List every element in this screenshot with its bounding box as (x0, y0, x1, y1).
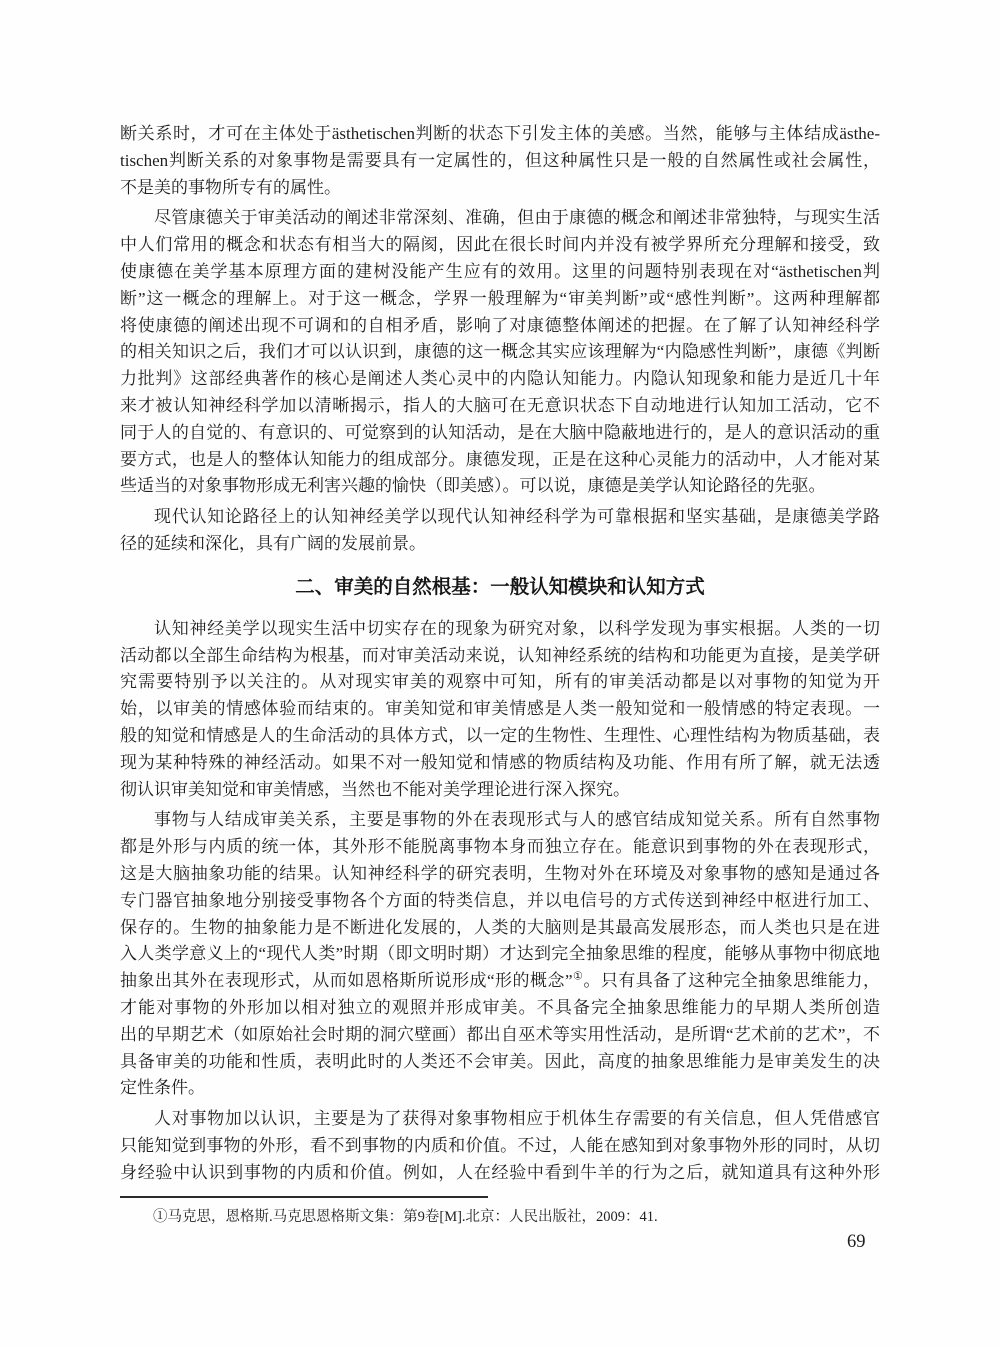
paragraph: 事物与人结成审美关系，主要是事物的外在表现形式与人的感官结成知觉关系。所有自然事… (120, 807, 880, 1102)
text-line: 认知神经美学以现实生活中切实存在的现象为研究对象，以科学发现为事实根据。人类的一… (120, 616, 880, 643)
text-line: 现为某种特殊的神经活动。如果不对一般知觉和情感的物质结构及功能、作用有所了解，就… (120, 750, 880, 777)
text-line: 中人们常用的概念和状态有相当大的隔阂，因此在很长时间内并没有被学界所充分理解和接… (120, 232, 880, 259)
paragraph: 认知神经美学以现实生活中切实存在的现象为研究对象，以科学发现为事实根据。人类的一… (120, 616, 880, 804)
page-number: 69 (847, 1231, 866, 1253)
text-line: 断”这一概念的理解上。对于这一概念，学界一般理解为“审美判断”或“感性判断”。这… (120, 286, 880, 313)
paragraph: 人对事物加以认识，主要是为了获得对象事物相应于机体生存需要的有关信息，但人凭借感… (120, 1106, 880, 1186)
text-line: 人对事物加以认识，主要是为了获得对象事物相应于机体生存需要的有关信息，但人凭借感… (120, 1106, 880, 1133)
text-line: 力批判》这部经典著作的核心是阐述人类心灵中的内隐认知能力。内隐认知现象和能力是近… (120, 366, 880, 393)
document-page: 断关系时，才可在主体处于ästhetischen判断的状态下引发主体的美感。当然… (0, 0, 1000, 1347)
text-line: 使康德在美学基本原理方面的建树没能产生应有的效用。这里的问题特别表现在对“äst… (120, 259, 880, 286)
text-line: 出的早期艺术（如原始社会时期的洞穴壁画）都出自巫术等实用性活动，是所谓“艺术前的… (120, 1022, 880, 1049)
text-line: 才能对事物的外形加以相对独立的观照并形成审美。不具备完全抽象思维能力的早期人类所… (120, 995, 880, 1022)
section-heading: 二、审美的自然根基：一般认知模块和认知方式 (120, 572, 880, 602)
text-line: 将使康德的阐述出现不可调和的自相矛盾，影响了对康德整体阐述的把握。在了解了认知神… (120, 313, 880, 340)
text-line: 定性条件。 (120, 1075, 880, 1102)
text-block: 断关系时，才可在主体处于ästhetischen判断的状态下引发主体的美感。当然… (120, 121, 880, 1186)
text-line: 的相关知识之后，我们才可以认识到，康德的这一概念其实应该理解为“内隐感性判断”，… (120, 339, 880, 366)
text-line: 活动都以全部生命结构为根基，而对审美活动来说，认知神经系统的结构和功能更为直接，… (120, 643, 880, 670)
text-line: 这是大脑抽象功能的结果。认知神经科学的研究表明，生物对外在环境及对象事物的感知是… (120, 861, 880, 888)
text-line: 具备审美的功能和性质，表明此时的人类还不会审美。因此，高度的抽象思维能力是审美发… (120, 1049, 880, 1076)
text-line: 现代认知论路径上的认知神经美学以现代认知神经科学为可靠根据和坚实基础，是康德美学… (120, 504, 880, 531)
text-line: 只能知觉到事物的外形，看不到事物的内质和价值。不过，人能在感知到对象事物外形的同… (120, 1133, 880, 1160)
text-line: 始，以审美的情感体验而结束的。审美知觉和审美情感是人类一般知觉和一般情感的特定表… (120, 696, 880, 723)
text-line: 入人类学意义上的“现代人类”时期（即文明时期）才达到完全抽象思维的程度，能够从事… (120, 941, 880, 968)
footnote-area: ①马克思，恩格斯.马克思恩格斯文集：第9卷[M].北京：人民出版社，2009：4… (120, 1196, 880, 1227)
text-line: 专门器官抽象地分别接受事物各个方面的特类信息，并以电信号的方式传送到神经中枢进行… (120, 888, 880, 915)
text-line: 都是外形与内质的统一体，其外形不能脱离事物本身而独立存在。能意识到事物的外在表现… (120, 834, 880, 861)
text-line: 彻认识审美知觉和审美情感，当然也不能对美学理论进行深入探究。 (120, 777, 880, 804)
paragraph: 尽管康德关于审美活动的阐述非常深刻、准确，但由于康德的概念和阐述非常独特，与现实… (120, 205, 880, 500)
text-line: 事物与人结成审美关系，主要是事物的外在表现形式与人的感官结成知觉关系。所有自然事… (120, 807, 880, 834)
text-line: 同于人的自觉的、有意识的、可觉察到的认知活动，是在大脑中隐蔽地进行的，是人的意识… (120, 420, 880, 447)
text-line: 保存的。生物的抽象能力是不断进化发展的，人类的大脑则是其最高发展形态，而人类也只… (120, 915, 880, 942)
text-line: 究需要特别予以关注的。从对现实审美的观察中可知，所有的审美活动都是以对事物的知觉… (120, 669, 880, 696)
paragraph-continued: 断关系时，才可在主体处于ästhetischen判断的状态下引发主体的美感。当然… (120, 121, 880, 201)
text-line: 抽象出其外在表现形式，从而如恩格斯所说形成“形的概念”①。只有具备了这种完全抽象… (120, 968, 880, 995)
text-line: 尽管康德关于审美活动的阐述非常深刻、准确，但由于康德的概念和阐述非常独特，与现实… (120, 205, 880, 232)
text-line: 来才被认知神经科学加以清晰揭示，指人的大脑可在无意识状态下自动地进行认知加工活动… (120, 393, 880, 420)
text-line: tischen判断关系的对象事物是需要具有一定属性的，但这种属性只是一般的自然属… (120, 148, 880, 175)
text-line: 径的延续和深化，具有广阔的发展前景。 (120, 531, 880, 558)
footnote: ①马克思，恩格斯.马克思恩格斯文集：第9卷[M].北京：人民出版社，2009：4… (120, 1207, 880, 1227)
text-line: 般的知觉和情感是人的生命活动的具体方式，以一定的生物性、生理性、心理性结构为物质… (120, 723, 880, 750)
text-line: 身经验中认识到事物的内质和价值。例如，人在经验中看到牛羊的行为之后，就知道具有这… (120, 1160, 880, 1187)
text-line: 不是美的事物所专有的属性。 (120, 175, 880, 202)
text-line: 些适当的对象事物形成无利害兴趣的愉快（即美感）。可以说，康德是美学认知论路径的先… (120, 473, 880, 500)
paragraph: 现代认知论路径上的认知神经美学以现代认知神经科学为可靠根据和坚实基础，是康德美学… (120, 504, 880, 558)
footnote-divider (120, 1196, 488, 1198)
text-line: 要方式，也是人的整体认知能力的组成部分。康德发现，正是在这种心灵能力的活动中，人… (120, 447, 880, 474)
text-line: 断关系时，才可在主体处于ästhetischen判断的状态下引发主体的美感。当然… (120, 121, 880, 148)
